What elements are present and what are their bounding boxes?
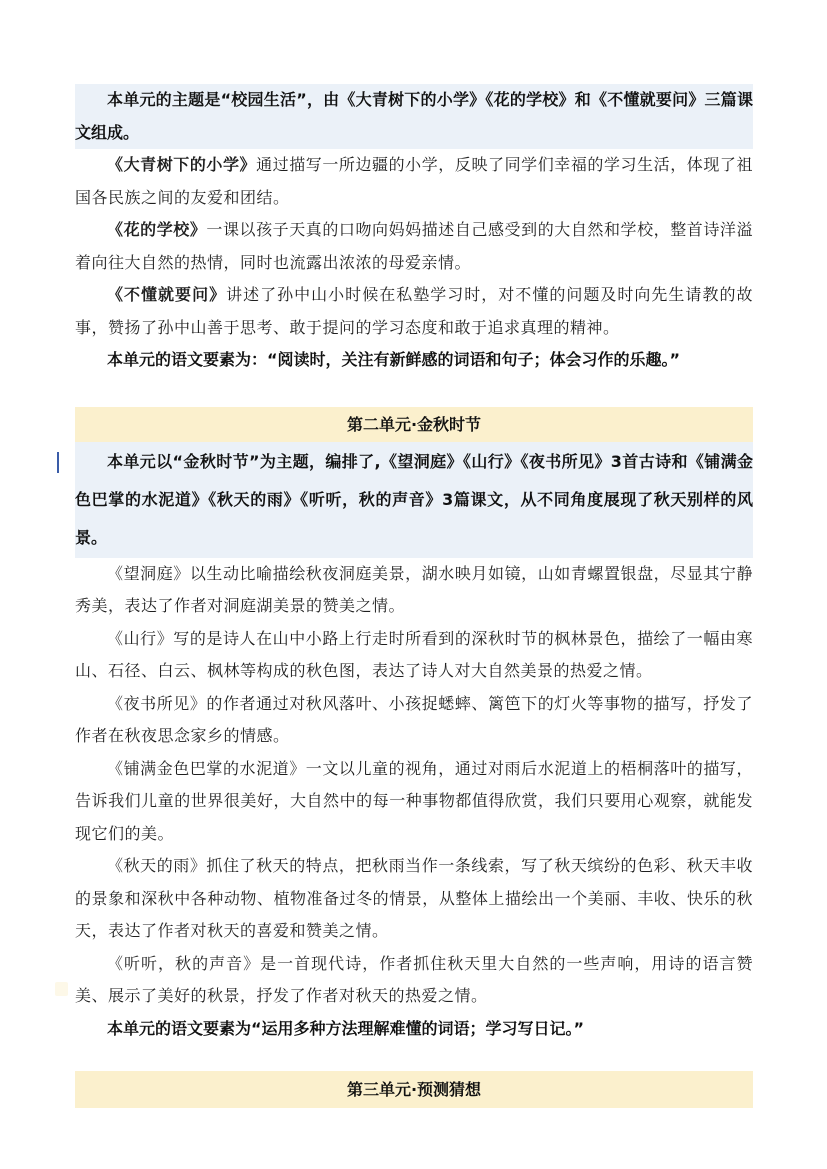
unit1-lesson-paragraph-1: 《大青树下的小学》通过描写一所边疆的小学，反映了同学们幸福的学习生活，体现了祖国… — [75, 149, 753, 214]
lesson-title: 《铺满金色巴掌的水泥道》 — [107, 759, 306, 778]
unit2-lesson-paragraph-5: 《秋天的雨》抓住了秋天的特点，把秋雨当作一条线索，写了秋天缤纷的色彩、秋天丰收的… — [75, 850, 753, 948]
lesson-title: 《夜书所见》 — [107, 694, 206, 713]
unit3-heading-band: 第三单元·预测猜想 — [75, 1071, 753, 1108]
unit2-lesson-paragraph-2: 《山行》写的是诗人在山中小路上行走时所看到的深秋时节的枫林景色，描绘了一幅由寒山… — [75, 623, 753, 688]
unit3-heading: 第三单元·预测猜想 — [347, 1080, 481, 1099]
lesson-summary: 写的是诗人在山中小路上行走时所看到的深秋时节的枫林景色，描绘了一幅由寒山、石径、… — [75, 629, 753, 681]
unit1-lesson-paragraph-2: 《花的学校》一课以孩子天真的口吻向妈妈描述自己感受到的大自然和学校，整首诗洋溢着… — [75, 214, 753, 279]
unit2-heading-band: 第二单元·金秋时节 — [75, 407, 753, 442]
lesson-title: 《听听，秋的声音》 — [107, 954, 260, 973]
lesson-title: 《秋天的雨》 — [107, 856, 206, 875]
unit1-intro-paragraph: 本单元的主题是“校园生活”，由《大青树下的小学》《花的学校》和《不懂就要问》三篇… — [75, 84, 753, 149]
unit2-lesson-paragraph-3: 《夜书所见》的作者通过对秋风落叶、小孩捉蟋蟀、篱笆下的灯火等事物的描写，抒发了作… — [75, 688, 753, 753]
lesson-title: 《望洞庭》 — [107, 564, 190, 583]
unit2-lesson-paragraph-4: 《铺满金色巴掌的水泥道》一文以儿童的视角，通过对雨后水泥道上的梧桐落叶的描写，告… — [75, 753, 753, 851]
unit2-focus-paragraph: 本单元的语文要素为“运用多种方法理解难懂的词语；学习写日记。” — [75, 1013, 753, 1046]
document-page: 本单元的主题是“校园生活”，由《大青树下的小学》《花的学校》和《不懂就要问》三篇… — [0, 0, 827, 1169]
unit2-heading: 第二单元·金秋时节 — [347, 415, 481, 434]
highlight-smudge-artifact — [55, 982, 68, 996]
lesson-title: 《大青树下的小学》 — [107, 155, 256, 174]
document-content: 本单元的主题是“校园生活”，由《大青树下的小学》《花的学校》和《不懂就要问》三篇… — [75, 84, 753, 1108]
lesson-title: 《不懂就要问》 — [107, 285, 226, 304]
lesson-title: 《花的学校》 — [107, 220, 206, 239]
unit1-lesson-paragraph-3: 《不懂就要问》讲述了孙中山小时候在私塾学习时，对不懂的问题及时向先生请教的故事，… — [75, 279, 753, 344]
lesson-title: 《山行》 — [107, 629, 173, 648]
unit2-intro-paragraph: 本单元以“金秋时节”为主题，编排了,《望洞庭》《山行》《夜书所见》3首古诗和《铺… — [75, 442, 753, 558]
unit1-focus-paragraph: 本单元的语文要素为：“阅读时，关注有新鲜感的词语和句子；体会习作的乐趣。” — [75, 344, 753, 377]
unit2-lesson-paragraph-1: 《望洞庭》以生动比喻描绘秋夜洞庭美景，湖水映月如镜，山如青螺置银盘，尽显其宁静秀… — [75, 558, 753, 623]
unit2-lesson-paragraph-6: 《听听，秋的声音》是一首现代诗，作者抓住秋天里大自然的一些声响，用诗的语言赞美、… — [75, 948, 753, 1013]
text-cursor-artifact — [57, 452, 59, 473]
